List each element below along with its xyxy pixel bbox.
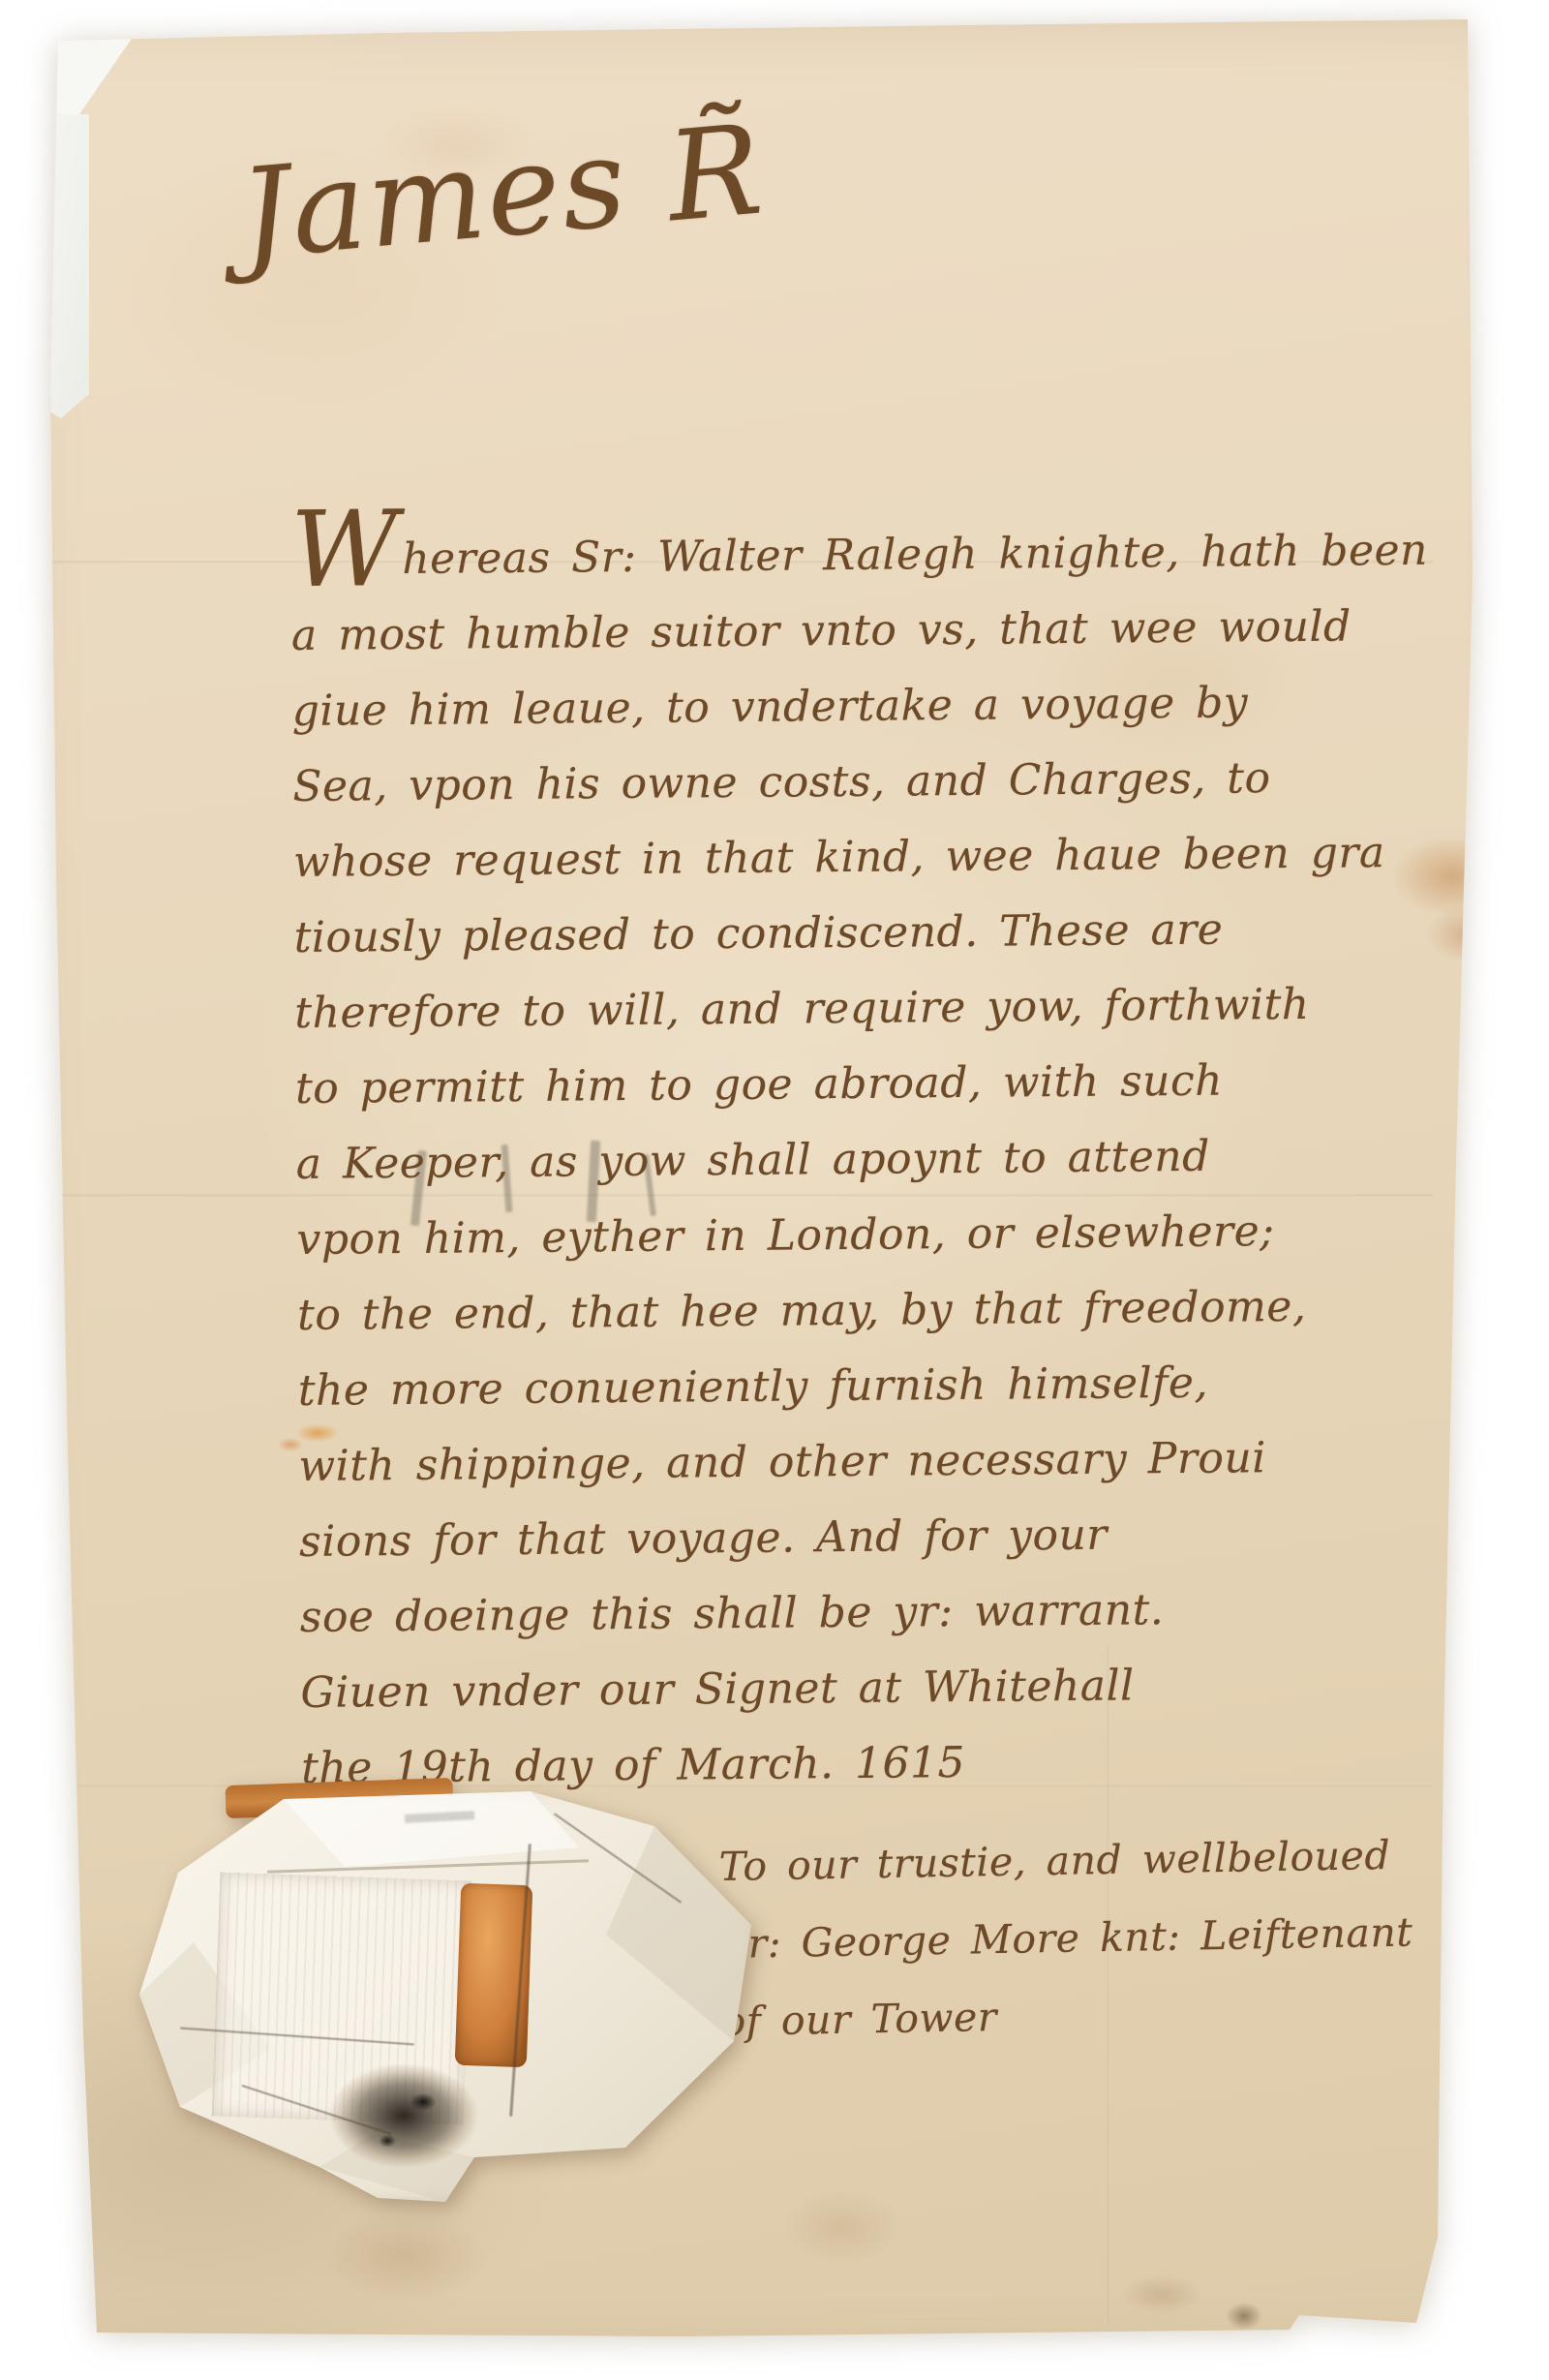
- wax-seal: [124, 1787, 759, 2204]
- manuscript-line: whose request in that kind, wee haue bee…: [293, 814, 1495, 900]
- manuscript-line: Whereas Sr: Walter Ralegh knighte, hath …: [290, 512, 1492, 598]
- manuscript-line: tiously pleased to condiscend. These are: [293, 890, 1495, 976]
- manuscript-page-wrapper: James R̃ Whereas Sr: Walter Ralegh knigh…: [0, 0, 1549, 2380]
- manuscript-line: the more conueniently furnish himselfe,: [297, 1343, 1499, 1429]
- manuscript-line: Sr: George More knt: Leiftenant: [719, 1892, 1514, 1983]
- manuscript-line: giue him leaue, to vndertake a voyage by: [291, 663, 1493, 749]
- manuscript-line-text: hereas Sr: Walter Ralegh knighte, hath b…: [402, 526, 1428, 584]
- royal-signature: James R̃: [234, 90, 865, 288]
- edge-chip: [52, 1510, 60, 1522]
- manuscript-line: soe doeinge this shall be yr: warrant.: [300, 1570, 1502, 1656]
- letter-body: Whereas Sr: Walter Ralegh knighte, hath …: [290, 512, 1503, 1807]
- decorated-initial: W: [290, 489, 403, 611]
- address-block: To our trustie, and wellbelouedSr: Georg…: [718, 1815, 1516, 2060]
- manuscript-line: of our Tower: [721, 1969, 1516, 2060]
- manuscript-line: a Keeper, as yow shall apoynt to attend: [295, 1116, 1497, 1203]
- edge-chip: [53, 1793, 61, 1806]
- manuscript-line: vpon him, eyther in London, or elsewhere…: [296, 1192, 1498, 1278]
- manuscript-line: therefore to will, and require yow, fort…: [294, 965, 1496, 1052]
- repair-patch-left-edge: [41, 114, 89, 418]
- manuscript-line: Giuen vnder our Signet at Whitehall: [300, 1645, 1502, 1731]
- seal-fold-line: [267, 1859, 589, 1874]
- photo-background: James R̃ Whereas Sr: Walter Ralegh knigh…: [0, 0, 1549, 2380]
- seal-paper: [124, 1787, 759, 2204]
- manuscript-line: to the end, that hee may, by that freedo…: [297, 1267, 1499, 1354]
- edge-chip: [48, 1375, 58, 1390]
- edge-chip: [46, 1651, 58, 1668]
- manuscript-line: Sea, vpon his owne costs, and Charges, t…: [292, 739, 1494, 825]
- manuscript-page: James R̃ Whereas Sr: Walter Ralegh knigh…: [0, 0, 1549, 2380]
- manuscript-line: sions for that voyage. And for your: [299, 1494, 1501, 1580]
- manuscript-line: to permitt him to goe abroad, with such: [295, 1041, 1497, 1127]
- manuscript-line: To our trustie, and wellbeloued: [718, 1815, 1513, 1906]
- letter-body-lines: a most humble suitor vnto vs, that wee w…: [291, 588, 1503, 1807]
- wax-dark-spot: [322, 2059, 485, 2173]
- manuscript-line: a most humble suitor vnto vs, that wee w…: [291, 588, 1493, 674]
- edge-chip: [50, 1925, 60, 1939]
- manuscript-line: with shippinge, and other necessary Prou…: [298, 1419, 1500, 1505]
